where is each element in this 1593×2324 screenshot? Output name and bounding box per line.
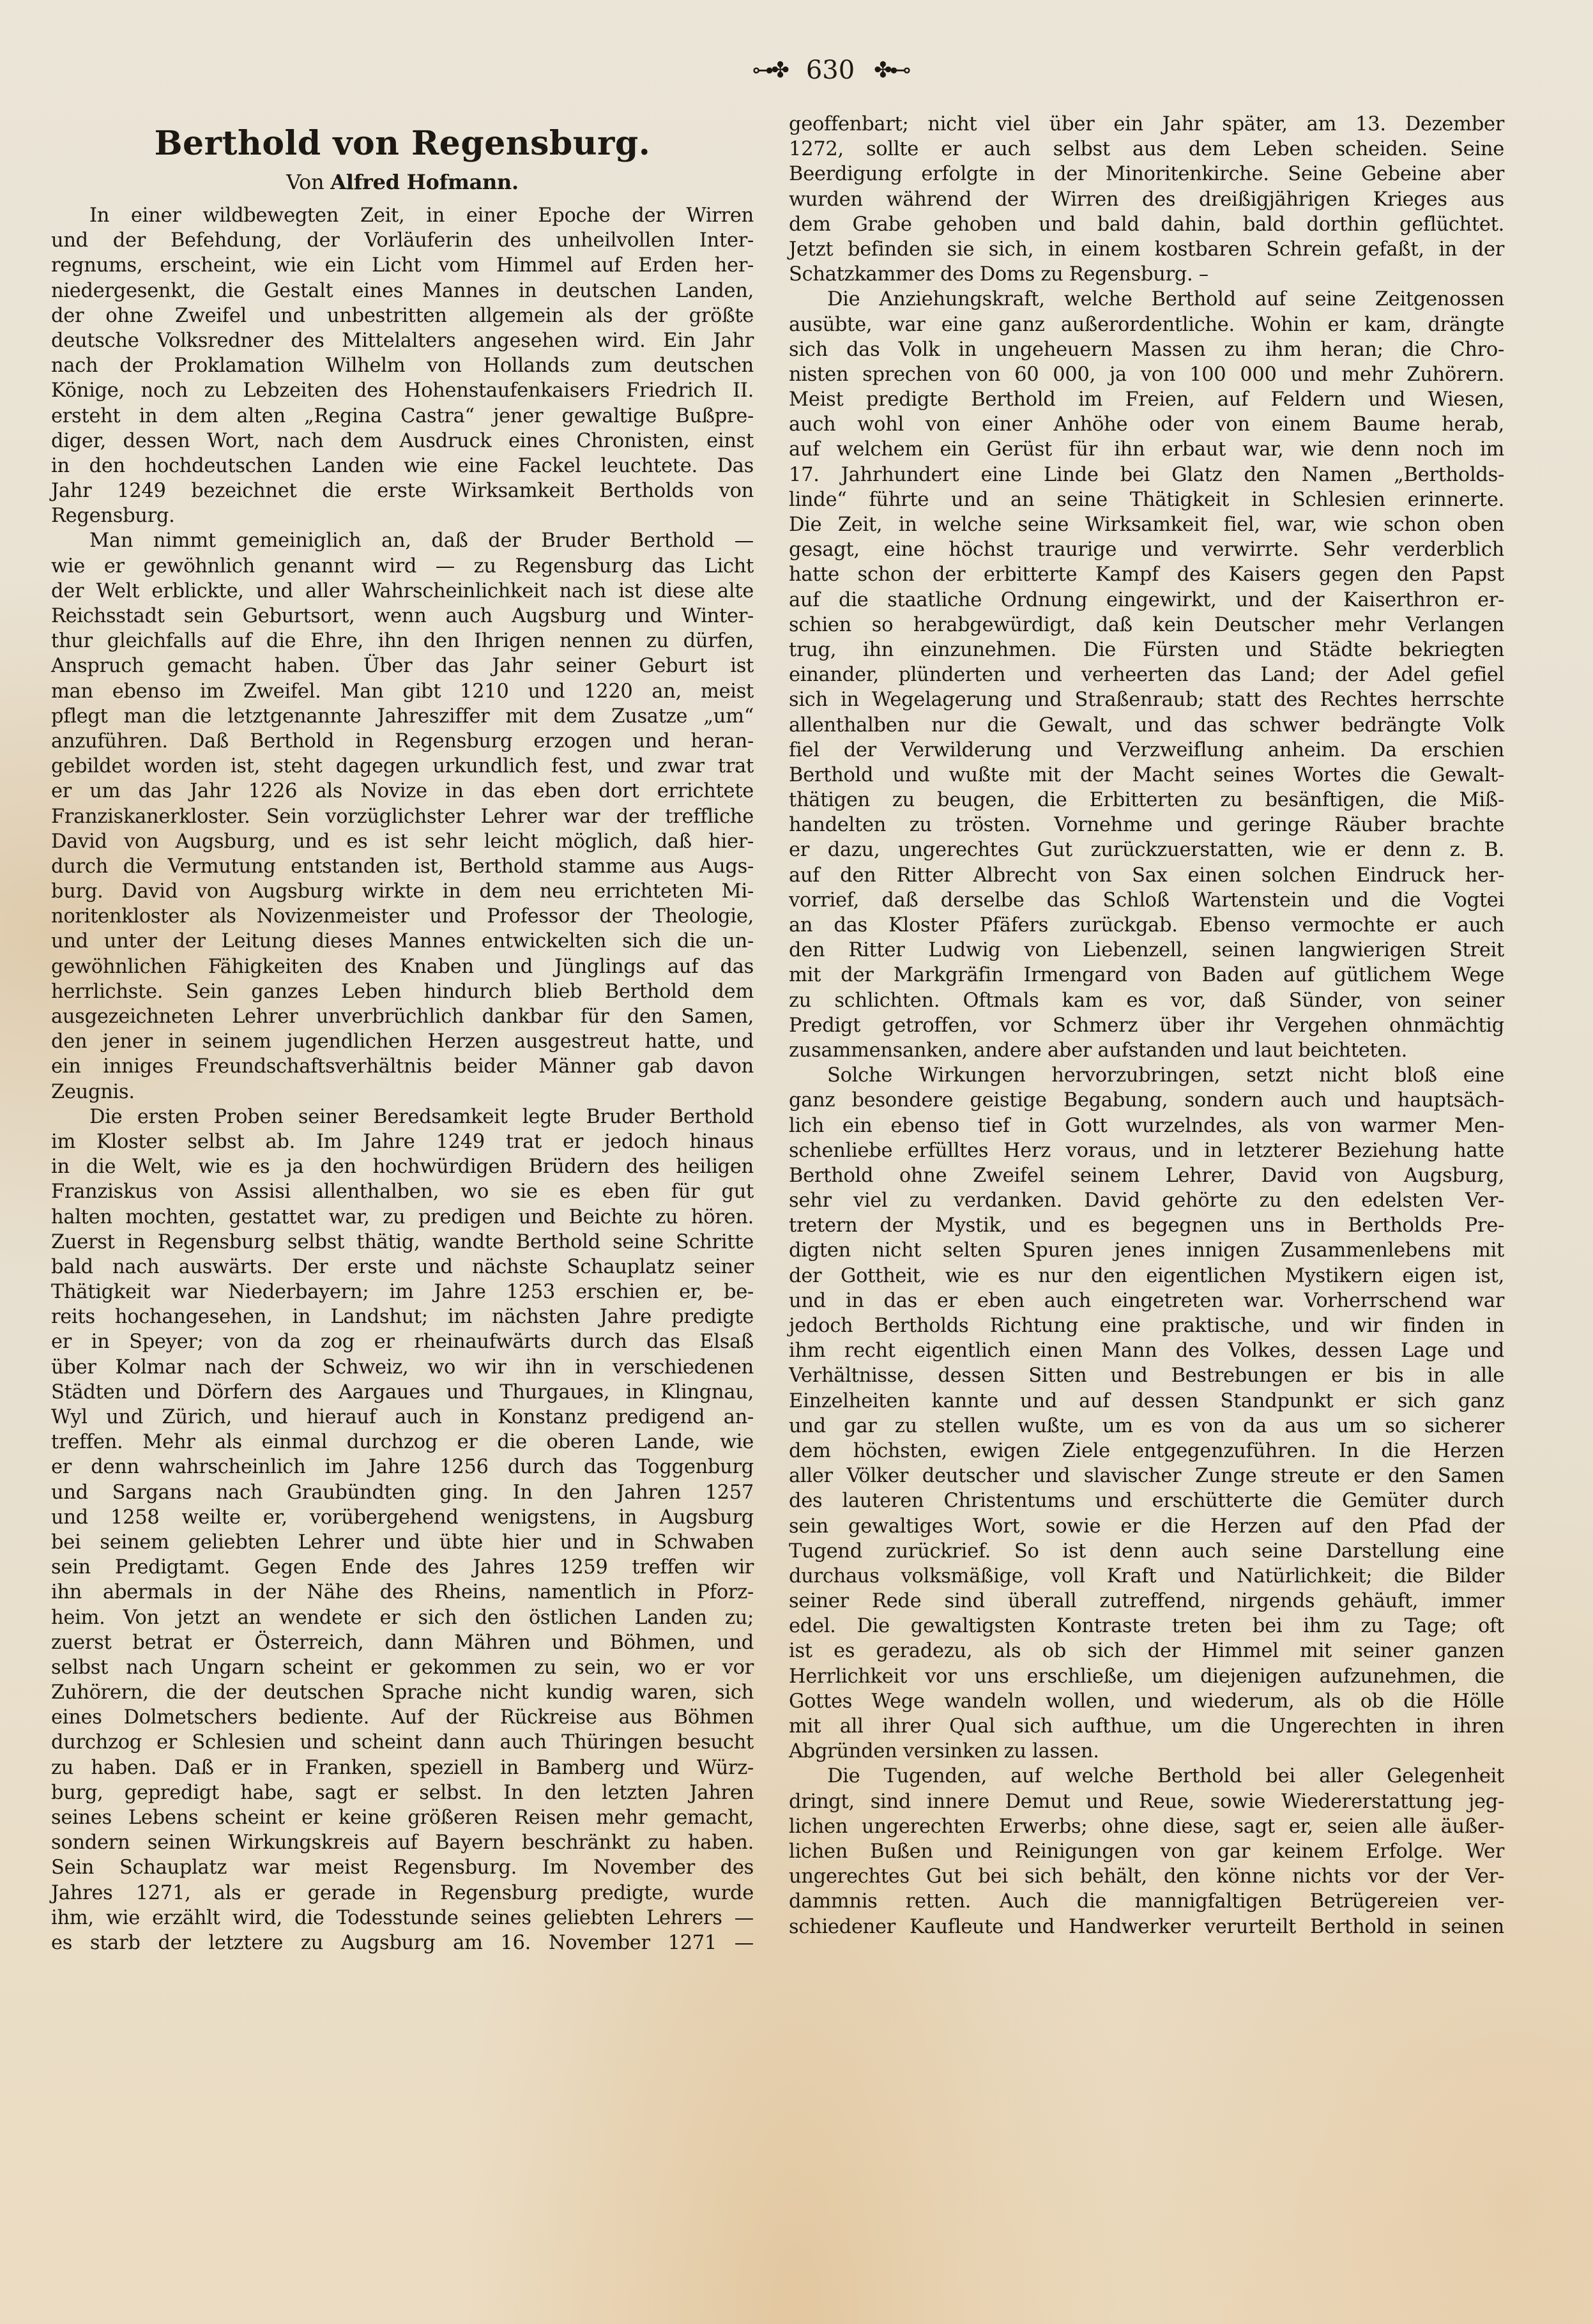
text-line: und gar zu stellen wußte, um es von da a… <box>789 1414 1504 1439</box>
text-line: es starb der letztere zu Augsburg am 16.… <box>51 1930 754 1955</box>
text-line: Zeugnis. <box>51 1080 754 1105</box>
text-line-content: Meist predigte Berthold im Freien, auf F… <box>789 387 1504 412</box>
text-line: Predigt getroffen, vor Schmerz über ihr … <box>789 1013 1504 1038</box>
text-line: und 1258 weilte er, vorübergehend wenigs… <box>51 1505 754 1530</box>
text-line-content: Städten und Dörfern des Aargaues und Thu… <box>51 1380 754 1405</box>
text-line: Gottes Wege wandeln wollen, und wiederum… <box>789 1689 1504 1714</box>
text-line: trug, ihn einzunehmen. Die Fürsten und S… <box>789 638 1504 662</box>
text-line-content: sein gewaltiges Wort, sowie er die Herze… <box>789 1514 1504 1539</box>
text-line-content: gesagt, eine höchst traurige und verwirr… <box>789 537 1504 562</box>
text-line: einander, plünderten und verheerten das … <box>789 662 1504 687</box>
text-line: edel. Die gewaltigsten Kontraste treten … <box>789 1614 1504 1639</box>
text-line-content: zu haben. Daß er in Franken, speziell in… <box>51 1755 754 1780</box>
text-line-content: auch wohl von einer Anhöhe oder von eine… <box>789 412 1504 437</box>
text-line: der Welt erblickte, und aller Wahrschein… <box>51 579 754 604</box>
text-line-content: reits hochangesehen, in Landshut; im näc… <box>51 1304 754 1329</box>
text-line-content: treffen. Mehr als einmal durchzog er die… <box>51 1430 754 1455</box>
text-line-content: gewöhnlichen Fähigkeiten des Knaben und … <box>51 954 754 979</box>
text-line-content: lich ein ebenso tief in Gott wurzelndes,… <box>789 1113 1504 1138</box>
text-line: digten nicht selten Spuren jenes innigen… <box>789 1238 1504 1263</box>
text-line: Die Tugenden, auf welche Berthold bei al… <box>789 1764 1504 1789</box>
text-line: Sein Schauplatz war meist Regensburg. Im… <box>51 1855 754 1880</box>
text-line-content: noritenkloster als Novizenmeister und Pr… <box>51 904 754 929</box>
text-line: eines Dolmetschers bediente. Auf der Rüc… <box>51 1705 754 1730</box>
text-line: 1272, sollte er auch selbst aus dem Lebe… <box>789 137 1504 162</box>
left-column-text: In einer wildbewegten Zeit, in einer Epo… <box>51 203 754 1955</box>
text-line: der Gottheit, wie es nur den eigentliche… <box>789 1264 1504 1288</box>
text-line-content: geoffenbart; nicht viel über ein Jahr sp… <box>789 112 1504 137</box>
text-line-content: Jetzt befinden sie sich, in einem kostba… <box>789 237 1504 262</box>
text-line-content: burg. David von Augsburg wirkte in dem n… <box>51 879 754 904</box>
text-line: hatte schon der erbitterte Kampf des Kai… <box>789 562 1504 587</box>
text-line-content: des lauteren Christentums und erschütter… <box>789 1488 1504 1513</box>
text-line: Jahres 1271, als er gerade in Regensburg… <box>51 1881 754 1906</box>
text-line: nisten sprechen von 60 000, ja von 100 0… <box>789 362 1504 387</box>
text-line-content: Zuhörern, die der deutschen Sprache nich… <box>51 1680 754 1705</box>
article-byline: Von Alfred Hofmann. <box>51 166 754 198</box>
text-line: Schatzkammer des Doms zu Regensburg. – <box>789 262 1504 287</box>
text-line: diger, dessen Wort, nach dem Ausdruck ei… <box>51 429 754 454</box>
text-line-content: Herrlichkeit vor uns erschließe, um diej… <box>789 1664 1504 1689</box>
text-line: Reichsstadt sein Geburtsort, wenn auch A… <box>51 604 754 629</box>
text-line: durchzog er Schlesien und scheint dann a… <box>51 1730 754 1755</box>
text-line-content: jedoch Bertholds Richtung eine praktisch… <box>789 1313 1504 1338</box>
text-line-content: thur gleichfalls auf die Ehre, ihn den I… <box>51 629 754 654</box>
text-line: pflegt man die letztgenannte Jahresziffe… <box>51 704 754 729</box>
text-line-content: ersteht in dem alten „Regina Castra“ jen… <box>51 404 754 429</box>
text-line-content: sich das Volk in ungeheuern Massen zu ih… <box>789 337 1504 362</box>
text-line: man ebenso im Zweifel. Man gibt 1210 und… <box>51 679 754 704</box>
text-line: David von Augsburg, und es ist sehr leic… <box>51 829 754 854</box>
text-line-content: mit der Markgräfin Irmengard von Baden a… <box>789 963 1504 988</box>
text-line-content: er denn wahrscheinlich im Jahre 1256 dur… <box>51 1455 754 1479</box>
text-line-content: Einzelheiten kannte und auf dessen Stand… <box>789 1389 1504 1414</box>
text-line: Jetzt befinden sie sich, in einem kostba… <box>789 237 1504 262</box>
text-line: mit der Markgräfin Irmengard von Baden a… <box>789 963 1504 988</box>
text-line: im Kloster selbst ab. Im Jahre 1249 trat… <box>51 1129 754 1154</box>
text-line: Berthold und wußte mit der Macht seines … <box>789 763 1504 788</box>
text-line-content: Verhältnisse, dessen Sitten und Bestrebu… <box>789 1363 1504 1388</box>
text-line-content: Franziskus von Assisi allenthalben, wo s… <box>51 1179 754 1204</box>
text-line: durch die Vermutung entstanden ist, Bert… <box>51 854 754 879</box>
text-line-content: seines Lebens scheint er keine größeren … <box>51 1805 754 1830</box>
text-line-content: dem höchsten, ewigen Ziele entgegenzufüh… <box>789 1439 1504 1464</box>
text-line-content: Zuerst in Regensburg selbst thätig, wand… <box>51 1230 754 1255</box>
text-line-content: dringt, sind innere Demut und Reue, sowi… <box>789 1789 1504 1814</box>
text-line-content: ausübte, war eine ganz außerordentliche.… <box>789 312 1504 337</box>
text-line: lich ein ebenso tief in Gott wurzelndes,… <box>789 1113 1504 1138</box>
text-line-content: deutsche Volksredner des Mittelalters an… <box>51 328 754 353</box>
text-line: der ohne Zweifel und unbestritten allgem… <box>51 303 754 328</box>
text-line: sein Predigtamt. Gegen Ende des Jahres 1… <box>51 1555 754 1580</box>
text-line: ausgezeichneten Lehrer unverbrüchlich da… <box>51 1004 754 1029</box>
text-line: Berthold ohne Zweifel seinem Lehrer, Dav… <box>789 1163 1504 1188</box>
text-line: ein inniges Freundschaftsverhältnis beid… <box>51 1054 754 1079</box>
text-line: seines Lebens scheint er keine größeren … <box>51 1805 754 1830</box>
text-line-content: Die Anziehungskraft, welche Berthold auf… <box>827 287 1504 312</box>
text-line-content: ihm, wie erzählt wird, die Todesstunde s… <box>51 1906 754 1930</box>
text-line-content: David von Augsburg, und es ist sehr leic… <box>51 829 754 854</box>
text-line: dem höchsten, ewigen Ziele entgegenzufüh… <box>789 1439 1504 1464</box>
text-line: Verhältnisse, dessen Sitten und Bestrebu… <box>789 1363 1504 1388</box>
text-line-content: bald nach auswärts. Der erste und nächst… <box>51 1255 754 1280</box>
text-line: sich in Wegelagerung und Straßenraub; st… <box>789 687 1504 712</box>
text-line: jedoch Bertholds Richtung eine praktisch… <box>789 1313 1504 1338</box>
text-line: Städten und Dörfern des Aargaues und Thu… <box>51 1380 754 1405</box>
text-line: ausübte, war eine ganz außerordentliche.… <box>789 312 1504 337</box>
text-line: fiel der Verwilderung und Verzweiflung a… <box>789 738 1504 763</box>
text-line: den Ritter Ludwig von Liebenzell, seinen… <box>789 938 1504 963</box>
text-line: geoffenbart; nicht viel über ein Jahr sp… <box>789 112 1504 137</box>
text-line-content: ausgezeichneten Lehrer unverbrüchlich da… <box>51 1004 754 1029</box>
text-line: schenliebe erfülltes Herz voraus, und in… <box>789 1138 1504 1163</box>
author-name: Alfred Hofmann. <box>330 170 519 194</box>
text-line: wurden während der Wirren des dreißigjäh… <box>789 187 1504 212</box>
text-line-content: mit all ihrer Qual sich aufthue, um die … <box>789 1714 1504 1739</box>
text-line-content: zusammensanken, andere aber aufstanden u… <box>789 1038 1504 1063</box>
text-line-content: durchzog er Schlesien und scheint dann a… <box>51 1730 754 1755</box>
text-line-content: halten mochten, gestattet war, zu predig… <box>51 1205 754 1230</box>
text-line: niedergesenkt, die Gestalt eines Mannes … <box>51 279 754 303</box>
text-line-content: wurden während der Wirren des dreißigjäh… <box>789 187 1504 212</box>
text-line: treffen. Mehr als einmal durchzog er die… <box>51 1430 754 1455</box>
text-line-content: nisten sprechen von 60 000, ja von 100 0… <box>789 362 1504 387</box>
text-line-content: anzuführen. Daß Berthold in Regensburg e… <box>51 729 754 754</box>
text-line-content: und unter der Leitung dieses Mannes entw… <box>51 929 754 954</box>
text-line: lichen ungerechten Erwerbs; ohne diese, … <box>789 1814 1504 1839</box>
text-line: ganz besondere geistige Begabung, sonder… <box>789 1088 1504 1113</box>
text-line-content: der Gottheit, wie es nur den eigentliche… <box>789 1264 1504 1288</box>
text-line-content: dem Grabe gehoben und bald dahin, bald d… <box>789 212 1504 237</box>
text-line: heim. Von jetzt an wendete er sich den ö… <box>51 1605 754 1630</box>
text-line-content: man ebenso im Zweifel. Man gibt 1210 und… <box>51 679 754 704</box>
text-line-content: hatte schon der erbitterte Kampf des Kai… <box>789 562 1504 587</box>
text-line: gesagt, eine höchst traurige und verwirr… <box>789 537 1504 562</box>
article-title: Berthold von Regensburg. <box>51 121 754 166</box>
text-line-content: schien so herabgewürdigt, daß kein Deuts… <box>789 613 1504 638</box>
text-line: an das Kloster Pfäfers zurückgab. Ebenso… <box>789 913 1504 938</box>
text-line: Franziskanerkloster. Sein vorzüglichster… <box>51 804 754 829</box>
text-line: aller Völker deutscher und slavischer Zu… <box>789 1464 1504 1488</box>
right-column: geoffenbart; nicht viel über ein Jahr sp… <box>789 112 1504 1939</box>
text-line: ihn abermals in der Nähe des Rheins, nam… <box>51 1580 754 1605</box>
text-line: halten mochten, gestattet war, zu predig… <box>51 1205 754 1230</box>
text-line-content: thätigen zu beugen, die Erbitterten zu b… <box>789 788 1504 813</box>
text-line: Zuerst in Regensburg selbst thätig, wand… <box>51 1230 754 1255</box>
text-line-content: Solche Wirkungen hervorzubringen, setzt … <box>827 1063 1504 1088</box>
byline-prefix: Von <box>286 170 324 194</box>
text-line: ist es geradezu, als ob sich der Himmel … <box>789 1639 1504 1663</box>
text-line-content: Jahr 1249 bezeichnet die erste Wirksamke… <box>51 478 754 503</box>
text-line: Zuhörern, die der deutschen Sprache nich… <box>51 1680 754 1705</box>
text-line: zu schlichten. Oftmals kam es vor, daß S… <box>789 988 1504 1013</box>
text-line-content: bei seinem geliebten Lehrer und übte hie… <box>51 1530 754 1555</box>
text-line: auf die staatliche Ordnung eingewirkt, u… <box>789 588 1504 613</box>
text-line-content: aller Völker deutscher und slavischer Zu… <box>789 1464 1504 1488</box>
text-line: wie er gewöhnlich genannt wird — zu Rege… <box>51 554 754 579</box>
text-line-content: Tugend zurückrief. So ist denn auch sein… <box>789 1539 1504 1564</box>
text-line-content: Jahres 1271, als er gerade in Regensburg… <box>51 1881 754 1906</box>
text-line-content: ungerechtes Gut bei sich behält, den kön… <box>789 1864 1504 1889</box>
text-line: regnums, erscheint, wie ein Licht vom Hi… <box>51 253 754 278</box>
text-line: Beerdigung erfolgte in der Minoritenkirc… <box>789 162 1504 187</box>
text-line: Regensburg. <box>51 503 754 528</box>
text-line: und in das er eben auch eingetreten war.… <box>789 1288 1504 1313</box>
right-column-text: geoffenbart; nicht viel über ein Jahr sp… <box>789 112 1504 1939</box>
text-line-content: gebildet worden ist, steht dagegen urkun… <box>51 754 754 779</box>
text-line: in die Welt, wie es ja den hochwürdigen … <box>51 1154 754 1179</box>
text-line: zu haben. Daß er in Franken, speziell in… <box>51 1755 754 1780</box>
text-line-content: edel. Die gewaltigsten Kontraste treten … <box>789 1614 1504 1639</box>
text-line: dem Grabe gehoben und bald dahin, bald d… <box>789 212 1504 237</box>
text-line: In einer wildbewegten Zeit, in einer Epo… <box>51 203 754 228</box>
text-line-content: vorrief, daß derselbe das Schloß Wartens… <box>789 888 1504 913</box>
text-line-content: sondern seinen Wirkungskreis auf Bayern … <box>51 1830 754 1855</box>
text-line: Man nimmt gemeiniglich an, daß der Brude… <box>51 528 754 553</box>
text-line-content: es starb der letztere zu Augsburg am 16.… <box>51 1930 754 1955</box>
text-line-content: Gottes Wege wandeln wollen, und wiederum… <box>789 1689 1504 1714</box>
text-line-content: allenthalben nur die Gewalt, und das sch… <box>789 713 1504 738</box>
text-line: Die ersten Proben seiner Beredsamkeit le… <box>51 1105 754 1129</box>
ornament-right-icon: ✤⊷ <box>874 57 909 83</box>
text-line: thur gleichfalls auf die Ehre, ihn den I… <box>51 629 754 654</box>
text-line-content: ganz besondere geistige Begabung, sonder… <box>789 1088 1504 1113</box>
text-line: anzuführen. Daß Berthold in Regensburg e… <box>51 729 754 754</box>
text-line: in den hochdeutschen Landen wie eine Fac… <box>51 454 754 478</box>
text-line-content: der ohne Zweifel und unbestritten allgem… <box>51 303 754 328</box>
text-line: Könige, noch zu Lebzeiten des Hohenstauf… <box>51 378 754 403</box>
text-line-content: schiedener Kaufleute und Handwerker veru… <box>789 1915 1504 1939</box>
text-line-content: Die ersten Proben seiner Beredsamkeit le… <box>89 1105 754 1129</box>
text-line: gewöhnlichen Fähigkeiten des Knaben und … <box>51 954 754 979</box>
text-line-content: in die Welt, wie es ja den hochwürdigen … <box>51 1154 754 1179</box>
text-line-content: wie er gewöhnlich genannt wird — zu Rege… <box>51 554 754 579</box>
text-line-content: er dazu, ungerechtes Gut zurückzuerstatt… <box>789 837 1504 862</box>
text-line-content: seiner Rede sind überall zutreffend, nir… <box>789 1589 1504 1614</box>
text-line: dringt, sind innere Demut und Reue, sowi… <box>789 1789 1504 1814</box>
text-line-content: Sein Schauplatz war meist Regensburg. Im… <box>51 1855 754 1880</box>
text-line: herrlichste. Sein ganzes Leben hindurch … <box>51 979 754 1004</box>
text-line: Wyl und Zürich, und hierauf auch in Kons… <box>51 1405 754 1430</box>
text-line: den jener in seinem jugendlichen Herzen … <box>51 1029 754 1054</box>
text-line: sondern seinen Wirkungskreis auf Bayern … <box>51 1830 754 1855</box>
text-line-content: auf welchem ein Gerüst für ihn erbaut wa… <box>789 437 1504 462</box>
text-line-content: 17. Jahrhundert eine Linde bei Glatz den… <box>789 463 1504 487</box>
text-line-content: im Kloster selbst ab. Im Jahre 1249 trat… <box>51 1129 754 1154</box>
text-line-content: sein Predigtamt. Gegen Ende des Jahres 1… <box>51 1555 754 1580</box>
text-line: und Sargans nach Graubündten ging. In de… <box>51 1480 754 1505</box>
text-line-content: und gar zu stellen wußte, um es von da a… <box>789 1414 1504 1439</box>
text-line: Solche Wirkungen hervorzubringen, setzt … <box>789 1063 1504 1088</box>
text-line: schiedener Kaufleute und Handwerker veru… <box>789 1915 1504 1939</box>
text-line-content: auf den Ritter Albrecht von Sax einen so… <box>789 863 1504 888</box>
text-line-content: zu schlichten. Oftmals kam es vor, daß S… <box>789 988 1504 1013</box>
text-line: auf welchem ein Gerüst für ihn erbaut wa… <box>789 437 1504 462</box>
text-line: ersteht in dem alten „Regina Castra“ jen… <box>51 404 754 429</box>
text-line-content: nach der Proklamation Wilhelm von Hollan… <box>51 353 754 378</box>
text-line-content: auf die staatliche Ordnung eingewirkt, u… <box>789 588 1504 613</box>
text-line-content: selbst nach Ungarn scheint er gekommen z… <box>51 1655 754 1680</box>
text-line-content: pflegt man die letztgenannte Jahresziffe… <box>51 704 754 729</box>
text-line-content: diger, dessen Wort, nach dem Ausdruck ei… <box>51 429 754 454</box>
page-number: 630 <box>806 56 855 85</box>
text-line-content: Zeugnis. <box>51 1080 754 1105</box>
text-line-content: burg, gepredigt habe, sagt er selbst. In… <box>51 1780 754 1805</box>
text-line-content: er in Speyer; von da zog er rheinaufwärt… <box>51 1329 754 1354</box>
text-line: bei seinem geliebten Lehrer und übte hie… <box>51 1530 754 1555</box>
text-line-content: Berthold ohne Zweifel seinem Lehrer, Dav… <box>789 1163 1504 1188</box>
text-line: und der Befehdung, der Vorläuferin des u… <box>51 228 754 253</box>
text-line-content: eines Dolmetschers bediente. Auf der Rüc… <box>51 1705 754 1730</box>
text-line: zusammensanken, andere aber aufstanden u… <box>789 1038 1504 1063</box>
text-line-content: linde“ führte und an seine Thätigkeit in… <box>789 487 1504 512</box>
text-line: sehr viel zu verdanken. David gehörte zu… <box>789 1188 1504 1213</box>
text-line-content: lichen Bußen und Reinigungen von gar kei… <box>789 1839 1504 1864</box>
text-line: tretern der Mystik, und es begegnen uns … <box>789 1213 1504 1238</box>
text-line-content: zuerst betrat er Österreich, dann Mähren… <box>51 1630 754 1655</box>
text-line: deutsche Volksredner des Mittelalters an… <box>51 328 754 353</box>
text-line-content: Die Tugenden, auf welche Berthold bei al… <box>827 1764 1504 1789</box>
text-line-content: und in das er eben auch eingetreten war.… <box>789 1288 1504 1313</box>
text-line: Jahr 1249 bezeichnet die erste Wirksamke… <box>51 478 754 503</box>
text-line: sein gewaltiges Wort, sowie er die Herze… <box>789 1514 1504 1539</box>
text-line: Thätigkeit war Niederbayern; im Jahre 12… <box>51 1280 754 1304</box>
text-line-content: dammnis retten. Auch die mannigfaltigen … <box>789 1889 1504 1914</box>
text-line: Meist predigte Berthold im Freien, auf F… <box>789 387 1504 412</box>
text-line-content: er um das Jahr 1226 als Novize in das eb… <box>51 779 754 804</box>
text-line-content: Abgründen versinken zu lassen. <box>789 1739 1504 1764</box>
text-line: zuerst betrat er Österreich, dann Mähren… <box>51 1630 754 1655</box>
text-line-content: Berthold und wußte mit der Macht seines … <box>789 763 1504 788</box>
text-line-content: ist es geradezu, als ob sich der Himmel … <box>789 1639 1504 1663</box>
text-line-content: an das Kloster Pfäfers zurückgab. Ebenso… <box>789 913 1504 938</box>
text-line-content: Könige, noch zu Lebzeiten des Hohenstauf… <box>51 378 754 403</box>
text-line-content: sehr viel zu verdanken. David gehörte zu… <box>789 1188 1504 1213</box>
text-line-content: Schatzkammer des Doms zu Regensburg. – <box>789 262 1504 287</box>
text-line: er dazu, ungerechtes Gut zurückzuerstatt… <box>789 837 1504 862</box>
text-line: Anspruch gemacht haben. Über das Jahr se… <box>51 654 754 678</box>
text-line-content: ihn abermals in der Nähe des Rheins, nam… <box>51 1580 754 1605</box>
text-line: durchaus volksmäßige, voll Kraft und Nat… <box>789 1564 1504 1589</box>
text-line-content: schenliebe erfülltes Herz voraus, und in… <box>789 1138 1504 1163</box>
text-line-content: und der Befehdung, der Vorläuferin des u… <box>51 228 754 253</box>
text-line: ungerechtes Gut bei sich behält, den kön… <box>789 1864 1504 1889</box>
text-line-content: über Kolmar nach der Schweiz, wo wir ihn… <box>51 1355 754 1380</box>
text-line-content: den jener in seinem jugendlichen Herzen … <box>51 1029 754 1054</box>
text-line-content: Die Zeit, in welche seine Wirksamkeit fi… <box>789 512 1504 537</box>
text-line: auf den Ritter Albrecht von Sax einen so… <box>789 863 1504 888</box>
text-line: des lauteren Christentums und erschütter… <box>789 1488 1504 1513</box>
left-column: Berthold von Regensburg. Von Alfred Hofm… <box>51 115 754 1955</box>
text-line-content: handelten zu trösten. Vornehme und gerin… <box>789 813 1504 837</box>
text-line-content: den Ritter Ludwig von Liebenzell, seinen… <box>789 938 1504 963</box>
text-line: über Kolmar nach der Schweiz, wo wir ihn… <box>51 1355 754 1380</box>
page-header: ⊶✤ 630 ✤⊷ <box>703 51 958 89</box>
text-line: er um das Jahr 1226 als Novize in das eb… <box>51 779 754 804</box>
text-line-content: in den hochdeutschen Landen wie eine Fac… <box>51 454 754 478</box>
ornament-left-icon: ⊶✤ <box>752 57 787 83</box>
text-line: nach der Proklamation Wilhelm von Hollan… <box>51 353 754 378</box>
text-line: linde“ führte und an seine Thätigkeit in… <box>789 487 1504 512</box>
text-line-content: digten nicht selten Spuren jenes innigen… <box>789 1238 1504 1263</box>
text-line-content: fiel der Verwilderung und Verzweiflung a… <box>789 738 1504 763</box>
text-line: noritenkloster als Novizenmeister und Pr… <box>51 904 754 929</box>
text-line: reits hochangesehen, in Landshut; im näc… <box>51 1304 754 1329</box>
text-line-content: ein inniges Freundschaftsverhältnis beid… <box>51 1054 754 1079</box>
text-line: und unter der Leitung dieses Mannes entw… <box>51 929 754 954</box>
text-line: dammnis retten. Auch die mannigfaltigen … <box>789 1889 1504 1914</box>
text-line: Abgründen versinken zu lassen. <box>789 1739 1504 1764</box>
text-line: handelten zu trösten. Vornehme und gerin… <box>789 813 1504 837</box>
text-line-content: heim. Von jetzt an wendete er sich den ö… <box>51 1605 754 1630</box>
text-line-content: der Welt erblickte, und aller Wahrschein… <box>51 579 754 604</box>
text-line-content: tretern der Mystik, und es begegnen uns … <box>789 1213 1504 1238</box>
text-line-content: trug, ihn einzunehmen. Die Fürsten und S… <box>789 638 1504 662</box>
text-line-content: sich in Wegelagerung und Straßenraub; st… <box>789 687 1504 712</box>
article-heading: Berthold von Regensburg. Von Alfred Hofm… <box>51 121 754 198</box>
text-line-content: Anspruch gemacht haben. Über das Jahr se… <box>51 654 754 678</box>
text-line: burg, gepredigt habe, sagt er selbst. In… <box>51 1780 754 1805</box>
text-line: allenthalben nur die Gewalt, und das sch… <box>789 713 1504 738</box>
text-line-content: Regensburg. <box>51 503 754 528</box>
text-line: Herrlichkeit vor uns erschließe, um diej… <box>789 1664 1504 1689</box>
text-line: burg. David von Augsburg wirkte in dem n… <box>51 879 754 904</box>
text-line-content: einander, plünderten und verheerten das … <box>789 662 1504 687</box>
text-line-content: Predigt getroffen, vor Schmerz über ihr … <box>789 1013 1504 1038</box>
text-line: er in Speyer; von da zog er rheinaufwärt… <box>51 1329 754 1354</box>
text-line-content: und 1258 weilte er, vorübergehend wenigs… <box>51 1505 754 1530</box>
text-line: seiner Rede sind überall zutreffend, nir… <box>789 1589 1504 1614</box>
text-line: lichen Bußen und Reinigungen von gar kei… <box>789 1839 1504 1864</box>
text-line-content: ihm recht eigentlich einen Mann des Volk… <box>789 1338 1504 1363</box>
text-line: selbst nach Ungarn scheint er gekommen z… <box>51 1655 754 1680</box>
text-line-content: niedergesenkt, die Gestalt eines Mannes … <box>51 279 754 303</box>
text-line-content: 1272, sollte er auch selbst aus dem Lebe… <box>789 137 1504 162</box>
text-line: Einzelheiten kannte und auf dessen Stand… <box>789 1389 1504 1414</box>
text-line: Die Zeit, in welche seine Wirksamkeit fi… <box>789 512 1504 537</box>
text-line: bald nach auswärts. Der erste und nächst… <box>51 1255 754 1280</box>
text-line: er denn wahrscheinlich im Jahre 1256 dur… <box>51 1455 754 1479</box>
text-line-content: Beerdigung erfolgte in der Minoritenkirc… <box>789 162 1504 187</box>
text-line: 17. Jahrhundert eine Linde bei Glatz den… <box>789 463 1504 487</box>
text-line-content: Wyl und Zürich, und hierauf auch in Kons… <box>51 1405 754 1430</box>
text-line-content: Reichsstadt sein Geburtsort, wenn auch A… <box>51 604 754 629</box>
text-line: auch wohl von einer Anhöhe oder von eine… <box>789 412 1504 437</box>
text-line: ihm recht eigentlich einen Mann des Volk… <box>789 1338 1504 1363</box>
text-line-content: durchaus volksmäßige, voll Kraft und Nat… <box>789 1564 1504 1589</box>
text-line-content: und Sargans nach Graubündten ging. In de… <box>51 1480 754 1505</box>
text-line-content: Thätigkeit war Niederbayern; im Jahre 12… <box>51 1280 754 1304</box>
text-line-content: In einer wildbewegten Zeit, in einer Epo… <box>89 203 754 228</box>
text-line-content: durch die Vermutung entstanden ist, Bert… <box>51 854 754 879</box>
text-line: gebildet worden ist, steht dagegen urkun… <box>51 754 754 779</box>
text-line-content: regnums, erscheint, wie ein Licht vom Hi… <box>51 253 754 278</box>
text-line: schien so herabgewürdigt, daß kein Deuts… <box>789 613 1504 638</box>
text-line: vorrief, daß derselbe das Schloß Wartens… <box>789 888 1504 913</box>
text-line: mit all ihrer Qual sich aufthue, um die … <box>789 1714 1504 1739</box>
text-line-content: herrlichste. Sein ganzes Leben hindurch … <box>51 979 754 1004</box>
text-line: ihm, wie erzählt wird, die Todesstunde s… <box>51 1906 754 1930</box>
text-line: thätigen zu beugen, die Erbitterten zu b… <box>789 788 1504 813</box>
text-line-content: lichen ungerechten Erwerbs; ohne diese, … <box>789 1814 1504 1839</box>
text-line: sich das Volk in ungeheuern Massen zu ih… <box>789 337 1504 362</box>
text-line-content: Man nimmt gemeiniglich an, daß der Brude… <box>89 528 754 553</box>
text-line: Die Anziehungskraft, welche Berthold auf… <box>789 287 1504 312</box>
text-line: Tugend zurückrief. So ist denn auch sein… <box>789 1539 1504 1564</box>
text-line-content: Franziskanerkloster. Sein vorzüglichster… <box>51 804 754 829</box>
text-line: Franziskus von Assisi allenthalben, wo s… <box>51 1179 754 1204</box>
